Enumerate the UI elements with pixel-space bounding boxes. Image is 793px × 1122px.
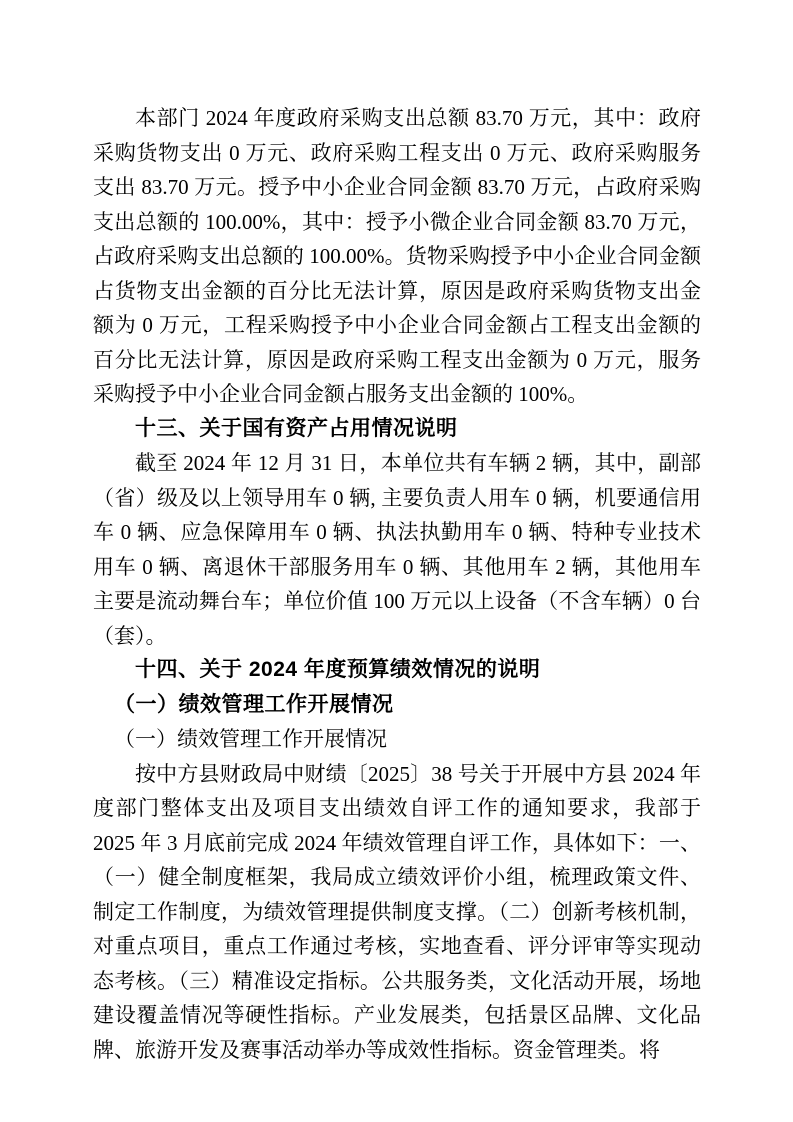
subheading-performance-management-regular: （一）绩效管理工作开展情况 <box>93 722 701 757</box>
paragraph-state-assets-vehicles: 截至 2024 年 12 月 31 日，本单位共有车辆 2 辆，其中，副部（省）… <box>93 446 701 653</box>
paragraph-government-procurement: 本部门 2024 年度政府采购支出总额 83.70 万元，其中：政府采购货物支出… <box>93 101 701 412</box>
document-page: 本部门 2024 年度政府采购支出总额 83.70 万元，其中：政府采购货物支出… <box>0 0 793 1122</box>
heading-section-14-budget-performance: 十四、关于 2024 年度预算绩效情况的说明 <box>93 653 701 688</box>
paragraph-performance-management-work: 按中方县财政局中财绩〔2025〕38 号关于开展中方县 2024 年度部门整体支… <box>93 757 701 1068</box>
document-content: 本部门 2024 年度政府采购支出总额 83.70 万元，其中：政府采购货物支出… <box>93 101 701 1067</box>
subheading-performance-management-bold: （一）绩效管理工作开展情况 <box>93 688 701 723</box>
heading-section-13-state-assets: 十三、关于国有资产占用情况说明 <box>93 412 701 447</box>
